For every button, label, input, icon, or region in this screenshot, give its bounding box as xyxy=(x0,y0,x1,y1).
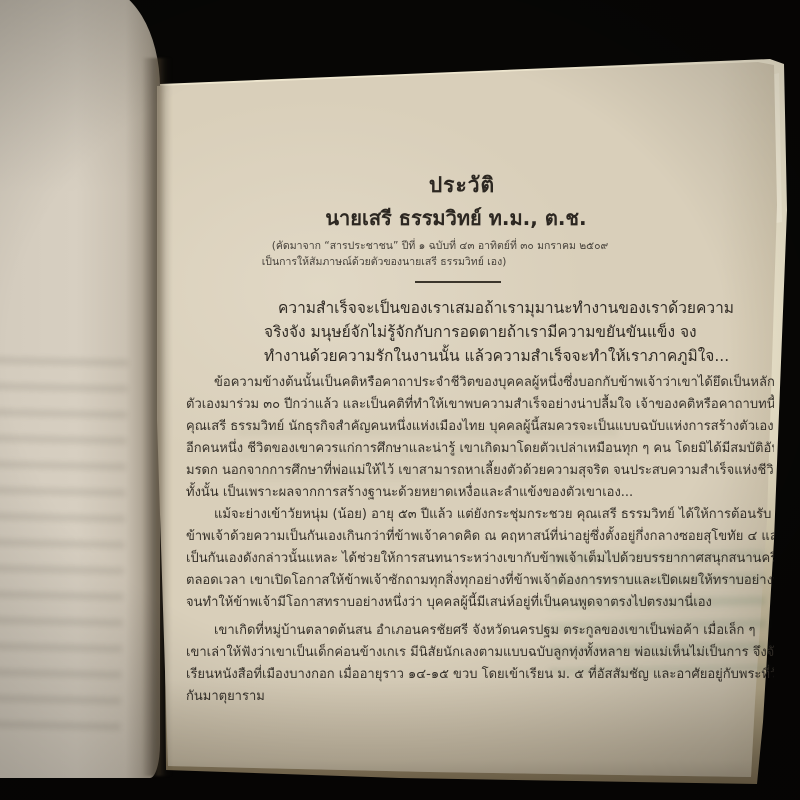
text-line: ตัวเองมาร่วม ๓๐ ปีกว่าแล้ว และเป็นคติที่… xyxy=(186,394,774,416)
text-line: มรดก นอกจากการศึกษาที่พ่อแม่ให้ไว้ เขาสา… xyxy=(186,460,774,482)
person-name-heading: นายเสรี ธรรมวิทย์ ท.ม., ต.ช. xyxy=(186,205,750,232)
text-line: คุณเสรี ธรรมวิทย์ นักธุรกิจสำคัญคนหนึ่งแ… xyxy=(186,416,774,438)
quote-line: ทำงานด้วยความรักในงานนั้น แล้วความสำเร็จ… xyxy=(264,344,704,368)
page-title: ประวัติ xyxy=(186,172,756,198)
source-citation-line-1: (คัดมาจาก “สารประชาชน” ปีที่ ๑ ฉบับที่ ๔… xyxy=(186,239,734,254)
text-line: กันมาตุยาราม xyxy=(186,686,774,708)
text-line: แม้จะย่างเข้าวัยหนุ่ม (น้อย) อายุ ๕๓ ปีแ… xyxy=(186,504,774,526)
source-citation-line-2: เป็นการให้สัมภาษณ์ด้วยตัวของนายเสรี ธรรม… xyxy=(186,255,678,270)
book-gutter-shadow xyxy=(142,58,172,776)
text-line: เรียนหนังสือที่เมืองบางกอก เมื่ออายุราว … xyxy=(186,664,774,686)
page-content: ประวัติ นายเสรี ธรรมวิทย์ ท.ม., ต.ช. (คั… xyxy=(186,158,774,708)
ghost-text-showthrough xyxy=(0,357,128,750)
left-page xyxy=(0,0,160,778)
motto-quote: ความสำเร็จจะเป็นของเราเสมอถ้าเรามุมานะทำ… xyxy=(264,296,704,368)
text-line: เขาเล่าให้ฟังว่าเขาเป็นเด็กค่อนข้างเกเร … xyxy=(186,642,774,664)
text-line: เขาเกิดที่หมู่บ้านตลาดต้นสน อำเภอนครชัยศ… xyxy=(186,620,774,642)
paragraph-3: เขาเกิดที่หมู่บ้านตลาดต้นสน อำเภอนครชัยศ… xyxy=(186,620,774,708)
text-line: เป็นกันเองดังกล่าวนั้นแหละ ได้ช่วยให้การ… xyxy=(186,548,774,570)
quote-line: จริงจัง มนุษย์จักไม่รู้จักกับการอดตายถ้า… xyxy=(264,320,704,344)
text-line: ข้าพเจ้าด้วยความเป็นกันเองเกินกว่าที่ข้า… xyxy=(186,526,774,548)
paragraph-1: ข้อความข้างต้นนั้นเป็นคติหรือคาถาประจำชี… xyxy=(186,372,774,504)
text-line: ตลอดเวลา เขาเปิดโอกาสให้ข้าพเจ้าซักถามทุ… xyxy=(186,570,774,592)
book-photo: ประวัติ นายเสรี ธรรมวิทย์ ท.ม., ต.ช. (คั… xyxy=(0,0,800,800)
text-line: ทั้งนั้น เป็นเพราะผลจากการสร้างฐานะด้วยห… xyxy=(186,482,774,504)
text-line: จนทำให้ข้าพเจ้ามีโอกาสทราบอย่างหนึ่งว่า … xyxy=(186,592,774,614)
text-line: อีกคนหนึ่ง ชีวิตของเขาควรแก่การศึกษาและน… xyxy=(186,438,774,460)
section-divider xyxy=(415,281,501,283)
quote-line: ความสำเร็จจะเป็นของเราเสมอถ้าเรามุมานะทำ… xyxy=(264,296,704,320)
text-line: ข้อความข้างต้นนั้นเป็นคติหรือคาถาประจำชี… xyxy=(186,372,774,394)
paragraph-2: แม้จะย่างเข้าวัยหนุ่ม (น้อย) อายุ ๕๓ ปีแ… xyxy=(186,504,774,614)
